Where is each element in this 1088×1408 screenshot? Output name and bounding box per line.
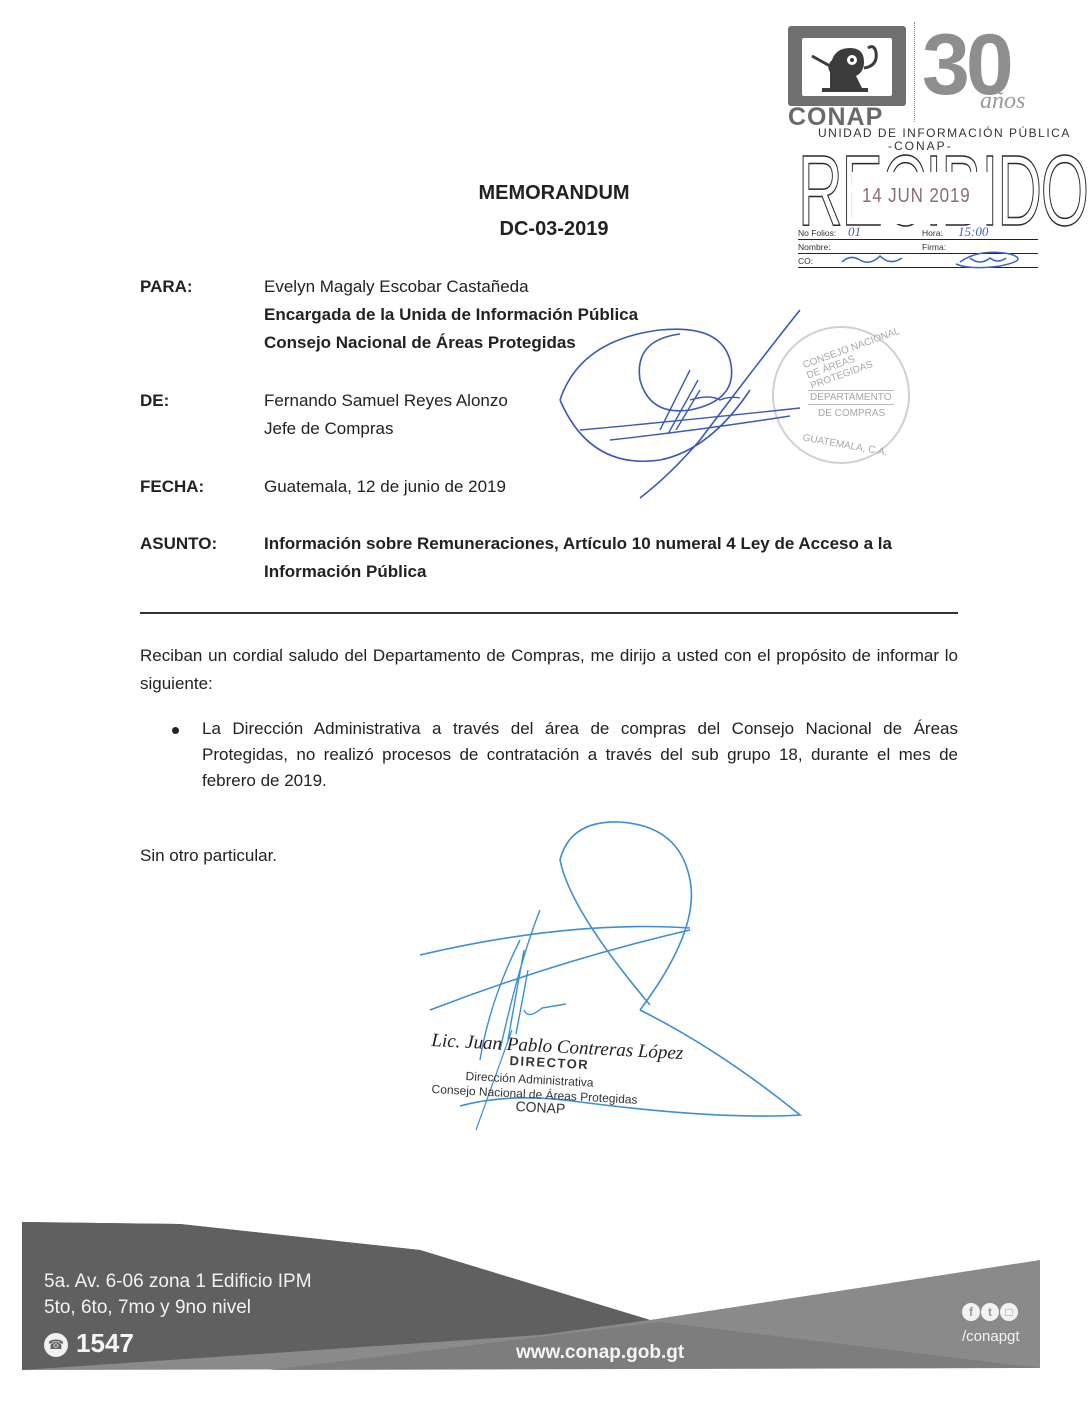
seal-city-text: GUATEMALA, C.A.: [802, 433, 889, 459]
stamp-handwriting: [830, 240, 1030, 276]
twitter-icon[interactable]: t: [981, 1303, 999, 1321]
recipient-name: Evelyn Magaly Escobar Castañeda: [264, 277, 529, 297]
sender-signature: [550, 300, 810, 500]
facebook-icon[interactable]: f: [962, 1303, 980, 1321]
sender-role: Jefe de Compras: [264, 419, 393, 439]
memo-date: Guatemala, 12 de junio de 2019: [264, 477, 506, 497]
memo-title: MEMORANDUM: [0, 182, 1088, 205]
instagram-icon[interactable]: □: [1000, 1303, 1018, 1321]
footer-phone: 1547: [76, 1328, 134, 1359]
monkey-emblem-icon: [802, 38, 892, 96]
footer-website-link[interactable]: www.conap.gob.gt: [516, 1342, 684, 1364]
stamp-field-label: Nombre:: [798, 242, 831, 252]
fecha-label: FECHA:: [140, 477, 204, 497]
para-label: PARA:: [140, 277, 193, 297]
footer-address-line-1: 5a. Av. 6-06 zona 1 Edificio IPM: [44, 1271, 312, 1293]
asunto-label: ASUNTO:: [140, 534, 217, 554]
sender-name: Fernando Samuel Reyes Alonzo: [264, 391, 508, 411]
recipient-org: Consejo Nacional de Áreas Protegidas: [264, 333, 576, 353]
bullet-icon: [172, 727, 179, 734]
seal-dept-text-2: DE COMPRAS: [818, 408, 885, 419]
subject-line-2: Información Pública: [264, 562, 426, 582]
bullet-item: La Dirección Administrativa a través del…: [202, 716, 958, 794]
social-icons: ft□: [962, 1303, 1019, 1321]
stamp-field-label: CO:: [798, 256, 813, 266]
intro-paragraph: Reciban un cordial saludo del Departamen…: [140, 642, 958, 698]
social-handle: /conapgt: [962, 1328, 1020, 1345]
de-label: DE:: [140, 391, 169, 411]
subject-line-1: Información sobre Remuneraciones, Artícu…: [264, 534, 892, 554]
memo-number: DC-03-2019: [0, 218, 1088, 241]
logo-divider: [914, 22, 916, 122]
phone-icon: ☎: [44, 1333, 68, 1357]
signatory-acronym: CONAP: [515, 1098, 566, 1117]
anniversary-word: años: [980, 88, 1025, 115]
footer-address-line-2: 5to, 6to, 7mo y 9no nivel: [44, 1297, 251, 1319]
seal-dept-text: DEPARTAMENTO: [808, 390, 894, 405]
seal-outer-text: CONSEJO NACIONAL DE ÁREAS PROTEGIDAS: [801, 325, 910, 392]
header-divider: [140, 612, 958, 614]
